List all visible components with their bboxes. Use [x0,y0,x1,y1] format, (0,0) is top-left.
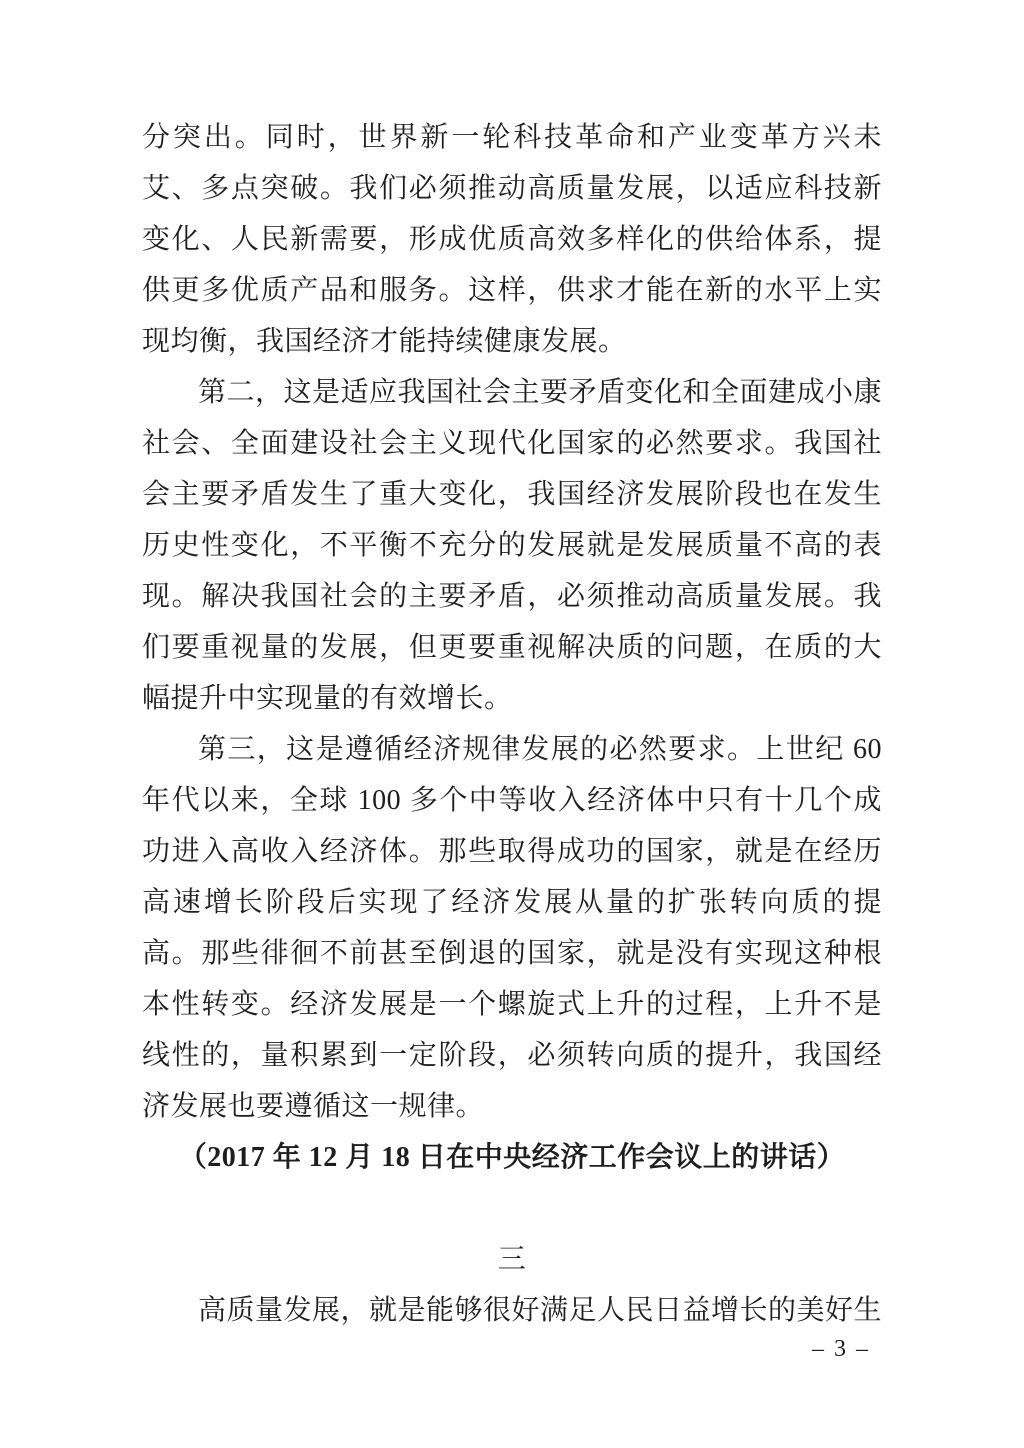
attribution-line: （2017 年 12 月 18 日在中央经济工作会议上的讲话） [142,1132,882,1183]
paragraph-3: 第三，这是遵循经济规律发展的必然要求。上世纪 60 年代以来，全球 100 多个… [142,724,882,1132]
paragraph-2: 第二，这是适应我国社会主要矛盾变化和全面建成小康社会、全面建设社会主义现代化国家… [142,367,882,724]
paragraph-1: 分突出。同时，世界新一轮科技革命和产业变革方兴未艾、多点突破。我们必须推动高质量… [142,112,882,367]
section-heading: 三 [142,1234,882,1285]
document-page: 分突出。同时，世界新一轮科技革命和产业变革方兴未艾、多点突破。我们必须推动高质量… [0,0,1024,1448]
paragraph-4: 高质量发展，就是能够很好满足人民日益增长的美好生 [142,1285,882,1336]
document-body: 分突出。同时，世界新一轮科技革命和产业变革方兴未艾、多点突破。我们必须推动高质量… [142,112,882,1336]
page-number: – 3 – [812,1336,870,1363]
